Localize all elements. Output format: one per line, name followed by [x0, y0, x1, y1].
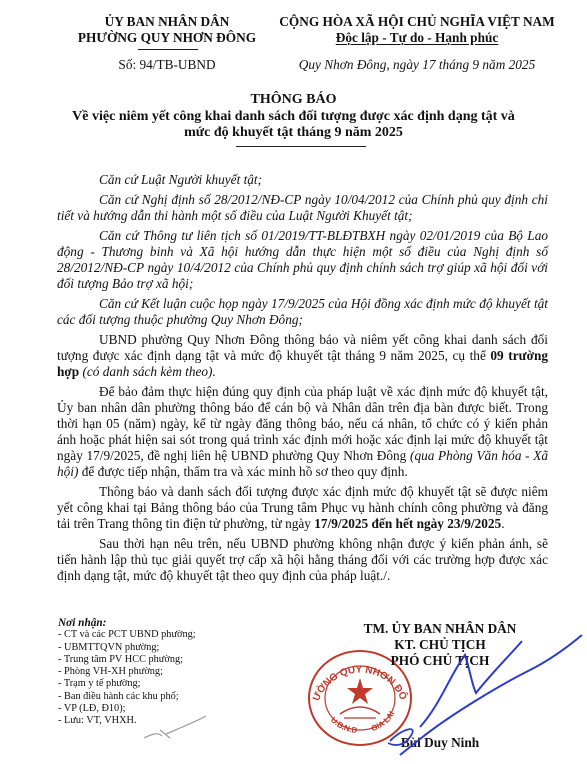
- signature-line-3: PHÓ CHỦ TỊCH: [330, 653, 550, 669]
- document-number: Số: 94/TB-UBND: [62, 57, 272, 73]
- recipient-item: - Trạm y tế phường;: [58, 678, 278, 690]
- subject-line-2: mức độ khuyết tật tháng 9 năm 2025: [30, 125, 557, 142]
- signature-line-1: TM. ỦY BAN NHÂN DÂN: [330, 621, 550, 637]
- signature-line-2: KT. CHỦ TỊCH: [330, 637, 550, 653]
- org-line-2: PHƯỜNG QUY NHƠN ĐÔNG: [62, 30, 272, 46]
- issuing-organization: ỦY BAN NHÂN DÂN PHƯỜNG QUY NHƠN ĐÔNG: [62, 14, 272, 46]
- initials-scribble-icon: [140, 712, 210, 742]
- recipients-label: Nơi nhận:: [58, 617, 278, 629]
- document-title: THÔNG BÁO Về việc niêm yết công khai dan…: [30, 92, 557, 142]
- signature-block: TM. ỦY BAN NHÂN DÂN KT. CHỦ TỊCH PHÓ CHỦ…: [330, 621, 550, 669]
- paragraph-posting: Thông báo và danh sách đối tượng được xá…: [57, 484, 548, 532]
- nation-name: CỘNG HÒA XÃ HỘI CHỦ NGHĨA VIỆT NAM: [262, 14, 572, 30]
- place-date: Quy Nhơn Đông, ngày 17 tháng 9 năm 2025: [262, 57, 572, 73]
- posting-end: .: [501, 516, 504, 531]
- org-line-1: ỦY BAN NHÂN DÂN: [62, 14, 272, 30]
- recipient-item: - Ban điều hành các khu phố;: [58, 691, 278, 703]
- legal-basis-4: Căn cứ Kết luận cuộc họp ngày 17/9/2025 …: [57, 296, 548, 328]
- recipient-item: - Trung tâm PV HCC phường;: [58, 654, 278, 666]
- org-underline: [138, 49, 198, 50]
- recipient-item: - UBMTTQVN phường;: [58, 642, 278, 654]
- posting-period: 17/9/2025 đến hết ngày 23/9/2025: [314, 516, 501, 531]
- document-type: THÔNG BÁO: [30, 92, 557, 109]
- paragraph-feedback: Để bảo đảm thực hiện đúng quy định của p…: [57, 384, 548, 480]
- national-motto: Độc lập - Tự do - Hạnh phúc: [336, 30, 499, 45]
- subject-line-1: Về việc niêm yết công khai danh sách đối…: [30, 109, 557, 126]
- svg-text:GIA LAI: GIA LAI: [370, 710, 396, 733]
- document-body: Căn cứ Luật Người khuyết tật; Căn cứ Ngh…: [57, 172, 548, 588]
- announcement-text: UBND phường Quy Nhơn Đông thông báo và n…: [57, 332, 548, 363]
- attachment-note: (có danh sách kèm theo).: [79, 364, 216, 379]
- national-heading: CỘNG HÒA XÃ HỘI CHỦ NGHĨA VIỆT NAM Độc l…: [262, 14, 572, 46]
- paragraph-announcement: UBND phường Quy Nhơn Đông thông báo và n…: [57, 332, 548, 380]
- title-underline: [236, 146, 366, 147]
- recipient-item: - CT và các PCT UBND phường;: [58, 629, 278, 641]
- paragraph-conclusion: Sau thời hạn nêu trên, nếu UBND phường k…: [57, 536, 548, 584]
- feedback-text-b: để được tiếp nhận, thẩm tra và xác minh …: [78, 464, 407, 479]
- stamp-province-text: GIA LAI: [370, 710, 396, 733]
- signer-name: Bùi Duy Ninh: [380, 735, 500, 751]
- legal-basis-2: Căn cứ Nghị định số 28/2012/NĐ-CP ngày 1…: [57, 192, 548, 224]
- legal-basis-3: Căn cứ Thông tư liên tịch số 01/2019/TT-…: [57, 228, 548, 292]
- legal-basis-1: Căn cứ Luật Người khuyết tật;: [57, 172, 548, 188]
- recipient-item: - Phòng VH-XH phường;: [58, 666, 278, 678]
